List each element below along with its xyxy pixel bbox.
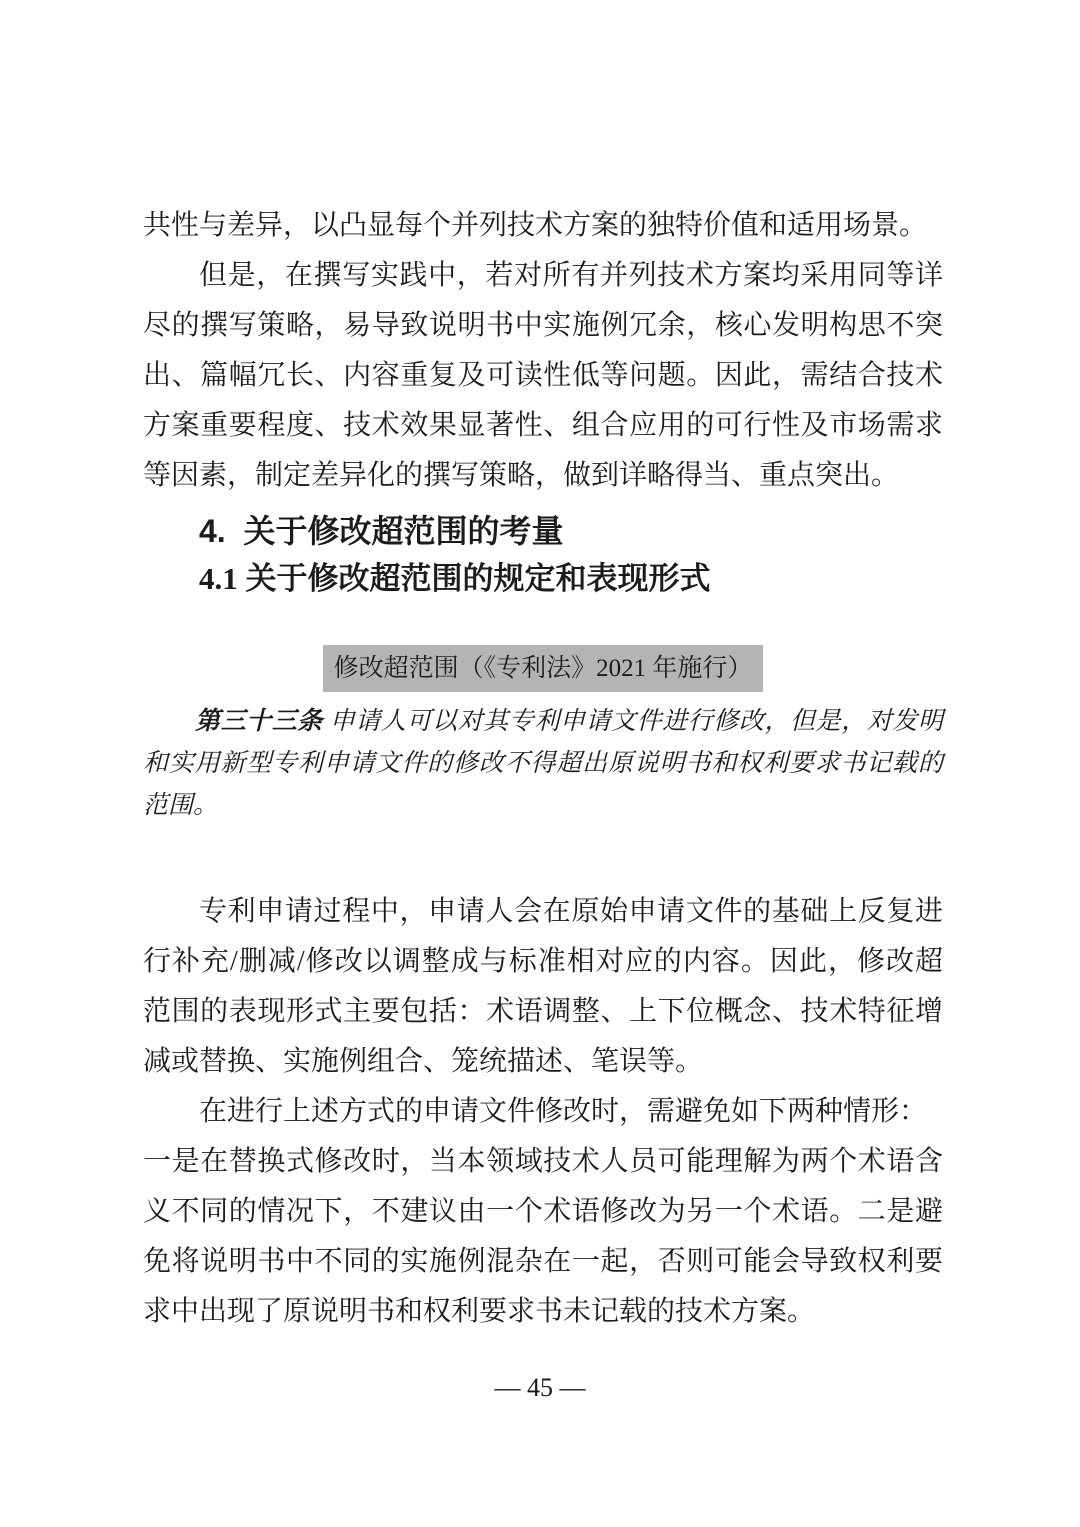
paragraph-continuation-line: 共性与差异，以凸显每个并列技术方案的独特价值和适用场景。: [143, 201, 943, 251]
paragraph-line: 在进行上述方式的申请文件修改时，需避免如下两种情形：: [143, 1087, 943, 1137]
paragraph-line: 行补充/删减/修改以调整成与标准相对应的内容。因此，修改超: [143, 937, 943, 987]
document-page: { "page": { "background": "#ffffff", "te…: [0, 0, 1080, 1527]
law-quote-line: 范围。: [143, 785, 943, 827]
paragraph-line: 但是，在撰写实践中，若对所有并列技术方案均采用同等详: [143, 251, 943, 301]
paragraph-line: 尽的撰写策略，易导致说明书中实施例冗余，核心发明构思不突: [143, 301, 943, 351]
law-quote-text: 申请人可以对其专利申请文件进行修改，但是，对发明: [323, 708, 943, 735]
paragraph-line: 等因素，制定差异化的撰写策略，做到详略得当、重点突出。: [143, 451, 943, 501]
page-number: — 45 —: [0, 1363, 1080, 1413]
paragraph-line: 出、篇幅冗长、内容重复及可读性低等问题。因此，需结合技术: [143, 351, 943, 401]
paragraph-line: 专利申请过程中，申请人会在原始申请文件的基础上反复进: [143, 887, 943, 937]
paragraph-writing-strategy: 但是，在撰写实践中，若对所有并列技术方案均采用同等详 尽的撰写策略，易导致说明书…: [143, 251, 943, 501]
law-article-label: 第三十三条: [195, 708, 323, 735]
paragraph-line: 方案重要程度、技术效果显著性、组合应用的可行性及市场需求: [143, 401, 943, 451]
law-citation-title: 修改超范围（《专利法》2021 年施行）: [323, 645, 763, 692]
law-citation-box-row: 修改超范围（《专利法》2021 年施行）: [143, 645, 943, 692]
law-quote-line: 和实用新型专利申请文件的修改不得超出原说明书和权利要求书记载的: [143, 743, 943, 785]
paragraph-line: 一是在替换式修改时，当本领域技术人员可能理解为两个术语含: [143, 1137, 943, 1187]
paragraph-line: 范围的表现形式主要包括：术语调整、上下位概念、技术特征增: [143, 987, 943, 1037]
paragraph-line: 求中出现了原说明书和权利要求书未记载的技术方案。: [143, 1287, 943, 1337]
paragraph-line: 义不同的情况下，不建议由一个术语修改为另一个术语。二是避: [143, 1187, 943, 1237]
law-quote-line: 第三十三条 申请人可以对其专利申请文件进行修改，但是，对发明: [143, 701, 943, 743]
paragraph-amendment-forms: 专利申请过程中，申请人会在原始申请文件的基础上反复进 行补充/删减/修改以调整成…: [143, 887, 943, 1087]
text-column: 共性与差异，以凸显每个并列技术方案的独特价值和适用场景。 但是，在撰写实践中，若…: [143, 201, 943, 1337]
heading-section-4-1: 4.1 关于修改超范围的规定和表现形式: [143, 555, 943, 603]
paragraph-situations-to-avoid: 在进行上述方式的申请文件修改时，需避免如下两种情形： 一是在替换式修改时，当本领…: [143, 1087, 943, 1337]
law-quote-paragraph: 第三十三条 申请人可以对其专利申请文件进行修改，但是，对发明 和实用新型专利申请…: [143, 701, 943, 827]
paragraph-line: 免将说明书中不同的实施例混杂在一起，否则可能会导致权利要: [143, 1237, 943, 1287]
paragraph-line: 减或替换、实施例组合、笼统描述、笔误等。: [143, 1037, 943, 1087]
heading-section-4: 4. 关于修改超范围的考量: [143, 507, 943, 555]
